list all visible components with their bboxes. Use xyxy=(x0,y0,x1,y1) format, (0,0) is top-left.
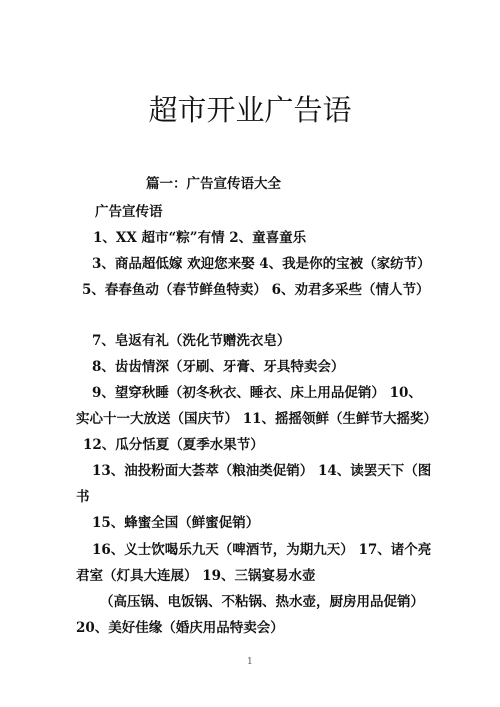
document-title: 超市开业广告语 xyxy=(0,88,500,129)
slogan-line: 君室（灯具大连展） 19、三锅宴易水壶 xyxy=(76,564,316,584)
slogan-line: 8、齿齿情深（牙刷、牙膏、牙具特卖会） xyxy=(92,355,344,375)
slogan-line: 9、望穿秋睡（初冬秋衣、睡衣、床上用品促销） 10、 xyxy=(92,381,422,401)
slogan-line: 15、蜂蜜全国（鲜蜜促销） xyxy=(92,511,259,531)
slogan-line: 实心十一大放送（国庆节） 11、摇摇领鲜（生鲜节大摇奖） xyxy=(76,407,437,427)
slogan-line: 7、皂返有礼（洗化节赠洗衣皂） xyxy=(92,329,290,349)
subheading: 广告宣传语 xyxy=(95,200,163,220)
slogan-line: 13、油投粉面大荟萃（粮油类促销） 14、读罢天下（图 xyxy=(92,459,431,479)
section-heading: 篇一：广告宣传语大全 xyxy=(146,172,281,192)
slogan-line: 16、义士饮喝乐九天（啤酒节，为期九天） 17、诸个亮 xyxy=(92,538,431,558)
slogan-line: 1、XX 超市“粽”有情 2、童喜童乐 xyxy=(93,226,306,246)
slogan-line: 5、春春鱼动（春节鲜鱼特卖） 6、劝君多采些（情人节） xyxy=(82,278,430,298)
slogan-line: 3、商品超低嫁 欢迎您来娶 4、我是你的宝被（家纺节） xyxy=(92,252,431,272)
document-page: 超市开业广告语 篇一：广告宣传语大全 广告宣传语 1、XX 超市“粽”有情 2、… xyxy=(0,0,500,707)
slogan-line: 书 xyxy=(76,485,90,505)
slogan-line: 20、美好佳缘（婚庆用品特卖会） xyxy=(76,616,284,636)
slogan-line: （高压锅、电饭锅、不粘锅、热水壶，厨房用品促销） xyxy=(100,590,424,610)
slogan-line: 12、瓜分恬夏（夏季水果节） xyxy=(83,433,264,453)
page-number: 1 xyxy=(247,657,253,667)
